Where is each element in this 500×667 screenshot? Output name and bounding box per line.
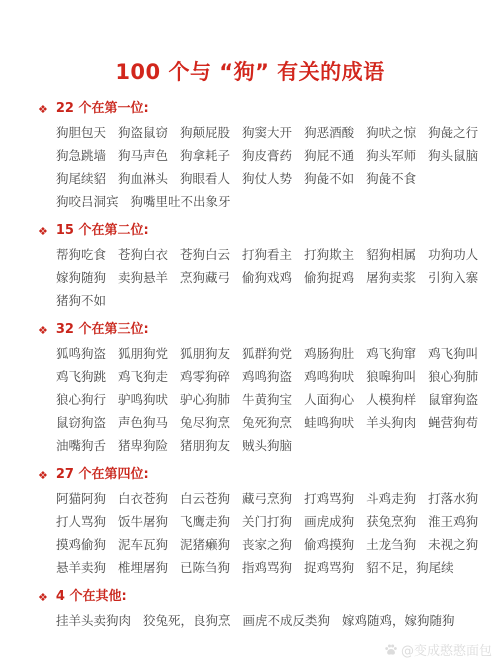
idiom: 狗皮膏药: [242, 144, 292, 167]
idiom: 狼嗥狗叫: [366, 365, 416, 388]
idiom: 斗鸡走狗: [366, 487, 416, 510]
idiom: 屠狗卖浆: [366, 266, 416, 289]
idiom: 狗胆包天: [56, 121, 106, 144]
idiom: 打鸡骂狗: [304, 487, 354, 510]
idiom-row: 狗急跳墙狗马声色狗拿耗子狗皮膏药狗屁不通狗头军师狗头鼠脑: [56, 144, 480, 167]
diamond-bullet-icon: ❖: [38, 104, 48, 115]
idiom: 鸡肠狗肚: [304, 342, 354, 365]
idiom: 飞鹰走狗: [180, 510, 230, 533]
idiom: 白衣苍狗: [118, 487, 168, 510]
idiom: 狗马声色: [118, 144, 168, 167]
idiom: 指鸡骂狗: [242, 556, 292, 579]
idiom: 打狗欺主: [304, 243, 354, 266]
idiom: 白云苍狗: [180, 487, 230, 510]
idiom: 功狗功人: [428, 243, 478, 266]
idiom: 羊头狗肉: [366, 411, 416, 434]
idiom: 狗彘之行: [428, 121, 478, 144]
idiom: 狗盗鼠窃: [118, 121, 168, 144]
idiom: 牛黄狗宝: [242, 388, 292, 411]
idiom: 苍狗白云: [180, 243, 230, 266]
section-heading-text: 27 个在第四位:: [56, 466, 149, 484]
idiom: 狼心狗肺: [428, 365, 478, 388]
idiom-row: 帮狗吃食苍狗白衣苍狗白云打狗看主打狗欺主貂狗相属功狗功人: [56, 243, 480, 266]
idiom: 狗吠之惊: [366, 121, 416, 144]
idiom: 貂狗相属: [366, 243, 416, 266]
idiom: 狼心狗行: [56, 388, 106, 411]
idiom: 打人骂狗: [56, 510, 106, 533]
idiom: 未视之狗: [428, 533, 478, 556]
idiom: 鸡零狗碎: [180, 365, 230, 388]
section-heading-text: 4 个在其他:: [56, 588, 127, 606]
idiom: 淮王鸡狗: [428, 510, 478, 533]
section-heading: ❖32 个在第三位:: [38, 321, 500, 339]
idiom: 鸡飞狗走: [118, 365, 168, 388]
section-heading: ❖15 个在第二位:: [38, 222, 500, 240]
idiom: 貂不足，狗尾续: [366, 556, 454, 579]
idiom-row: 鼠窃狗盗声色狗马兔尽狗烹兔死狗烹蛙鸣狗吠羊头狗肉蝇营狗苟: [56, 411, 480, 434]
idiom: 狗嘴里吐不出象牙: [131, 190, 231, 213]
idiom: 猪狗不如: [56, 289, 106, 312]
idiom: 驴鸣狗吠: [118, 388, 168, 411]
idiom: 土龙刍狗: [366, 533, 416, 556]
idiom: 卖狗悬羊: [118, 266, 168, 289]
idiom: 驴心狗肺: [180, 388, 230, 411]
document-page: 100 个与 “狗” 有关的成语 ❖22 个在第一位:狗胆包天狗盗鼠窃狗颠屁股狗…: [0, 0, 500, 667]
idiom: 打落水狗: [428, 487, 478, 510]
idiom: 画虎不成反类狗: [243, 609, 331, 632]
idiom: 打狗看主: [242, 243, 292, 266]
idiom: 藏弓烹狗: [242, 487, 292, 510]
idiom: 画虎成狗: [304, 510, 354, 533]
idiom: 狐群狗党: [242, 342, 292, 365]
idiom: 蛙鸣狗吠: [304, 411, 354, 434]
section-heading: ❖22 个在第一位:: [38, 100, 500, 118]
paw-icon: [384, 643, 398, 657]
idiom-row: 悬羊卖狗椎埋屠狗已陈刍狗指鸡骂狗捉鸡骂狗貂不足，狗尾续: [56, 556, 480, 579]
section-heading: ❖27 个在第四位:: [38, 466, 500, 484]
idiom: 偷狗捉鸡: [304, 266, 354, 289]
idiom-sections: ❖22 个在第一位:狗胆包天狗盗鼠窃狗颠屁股狗窦大开狗恶酒酸狗吠之惊狗彘之行狗急…: [0, 100, 500, 632]
idiom: 狗拿耗子: [180, 144, 230, 167]
idiom: 兔尽狗烹: [180, 411, 230, 434]
idiom: 狗颠屁股: [180, 121, 230, 144]
idiom: 狗屁不通: [304, 144, 354, 167]
idiom-row: 狗咬吕洞宾狗嘴里吐不出象牙: [56, 190, 480, 213]
idiom: 兔死狗烹: [242, 411, 292, 434]
idiom: 声色狗马: [118, 411, 168, 434]
idiom: 饭牛屠狗: [118, 510, 168, 533]
idiom: 烹狗藏弓: [180, 266, 230, 289]
idiom: 摸鸡偷狗: [56, 533, 106, 556]
idiom-row: 阿猫阿狗白衣苍狗白云苍狗藏弓烹狗打鸡骂狗斗鸡走狗打落水狗: [56, 487, 480, 510]
idiom: 鸡鸣狗吠: [304, 365, 354, 388]
diamond-bullet-icon: ❖: [38, 325, 48, 336]
idiom: 丧家之狗: [242, 533, 292, 556]
idiom-row: 油嘴狗舌猪卑狗险猪朋狗友贼头狗脑: [56, 434, 480, 457]
idiom: 猪朋狗友: [180, 434, 230, 457]
idiom: 鸡飞狗窜: [366, 342, 416, 365]
idiom: 狗头军师: [366, 144, 416, 167]
idiom: 鸡飞狗叫: [428, 342, 478, 365]
idiom: 狗仗人势: [242, 167, 292, 190]
idiom: 泥车瓦狗: [118, 533, 168, 556]
section-heading: ❖4 个在其他:: [38, 588, 500, 606]
idiom-row: 狼心狗行驴鸣狗吠驴心狗肺牛黄狗宝人面狗心人模狗样鼠窜狗盗: [56, 388, 480, 411]
idiom: 狗急跳墙: [56, 144, 106, 167]
idiom: 苍狗白衣: [118, 243, 168, 266]
idiom-row: 鸡飞狗跳鸡飞狗走鸡零狗碎鸡鸣狗盗鸡鸣狗吠狼嗥狗叫狼心狗肺: [56, 365, 480, 388]
page-title: 100 个与 “狗” 有关的成语: [0, 0, 500, 86]
idiom: 关门打狗: [242, 510, 292, 533]
idiom: 泥猪癞狗: [180, 533, 230, 556]
idiom: 狡兔死，良狗烹: [143, 609, 231, 632]
idiom-row: 猪狗不如: [56, 289, 480, 312]
diamond-bullet-icon: ❖: [38, 226, 48, 237]
idiom: 狗彘不如: [304, 167, 354, 190]
idiom-row: 摸鸡偷狗泥车瓦狗泥猪癞狗丧家之狗偷鸡摸狗土龙刍狗未视之狗: [56, 533, 480, 556]
diamond-bullet-icon: ❖: [38, 470, 48, 481]
idiom: 嫁鸡随鸡，嫁狗随狗: [342, 609, 455, 632]
idiom: 椎埋屠狗: [118, 556, 168, 579]
idiom: 获兔烹狗: [366, 510, 416, 533]
idiom: 狗窦大开: [242, 121, 292, 144]
idiom: 已陈刍狗: [180, 556, 230, 579]
idiom: 嫁狗随狗: [56, 266, 106, 289]
idiom: 鸡鸣狗盗: [242, 365, 292, 388]
idiom: 蝇营狗苟: [428, 411, 478, 434]
idiom: 鸡飞狗跳: [56, 365, 106, 388]
diamond-bullet-icon: ❖: [38, 592, 48, 603]
idiom: 悬羊卖狗: [56, 556, 106, 579]
idiom: 狗彘不食: [366, 167, 416, 190]
idiom: 狗眼看人: [180, 167, 230, 190]
idiom: 狐朋狗党: [118, 342, 168, 365]
section-heading-text: 32 个在第三位:: [56, 321, 149, 339]
idiom: 鼠窜狗盗: [428, 388, 478, 411]
idiom: 油嘴狗舌: [56, 434, 106, 457]
watermark-text: @变成憨憨面包: [401, 640, 492, 659]
watermark: @变成憨憨面包: [384, 640, 492, 659]
idiom-row: 狗尾续貂狗血淋头狗眼看人狗仗人势狗彘不如狗彘不食: [56, 167, 480, 190]
idiom: 捉鸡骂狗: [304, 556, 354, 579]
idiom: 偷狗戏鸡: [242, 266, 292, 289]
idiom: 狐朋狗友: [180, 342, 230, 365]
section-heading-text: 15 个在第二位:: [56, 222, 149, 240]
idiom: 狗头鼠脑: [428, 144, 478, 167]
idiom-row: 打人骂狗饭牛屠狗飞鹰走狗关门打狗画虎成狗获兔烹狗淮王鸡狗: [56, 510, 480, 533]
idiom: 挂羊头卖狗肉: [56, 609, 131, 632]
idiom: 人模狗样: [366, 388, 416, 411]
idiom-row: 狐鸣狗盗狐朋狗党狐朋狗友狐群狗党鸡肠狗肚鸡飞狗窜鸡飞狗叫: [56, 342, 480, 365]
idiom: 偷鸡摸狗: [304, 533, 354, 556]
idiom: 狗咬吕洞宾: [56, 190, 119, 213]
idiom: 猪卑狗险: [118, 434, 168, 457]
idiom-row: 挂羊头卖狗肉狡兔死，良狗烹画虎不成反类狗嫁鸡随鸡，嫁狗随狗: [56, 609, 480, 632]
idiom: 阿猫阿狗: [56, 487, 106, 510]
idiom: 鼠窃狗盗: [56, 411, 106, 434]
idiom: 人面狗心: [304, 388, 354, 411]
idiom: 狗血淋头: [118, 167, 168, 190]
idiom: 贼头狗脑: [242, 434, 292, 457]
idiom: 狐鸣狗盗: [56, 342, 106, 365]
idiom-row: 嫁狗随狗卖狗悬羊烹狗藏弓偷狗戏鸡偷狗捉鸡屠狗卖浆引狗入寨: [56, 266, 480, 289]
idiom-row: 狗胆包天狗盗鼠窃狗颠屁股狗窦大开狗恶酒酸狗吠之惊狗彘之行: [56, 121, 480, 144]
idiom: 引狗入寨: [428, 266, 478, 289]
idiom: 狗恶酒酸: [304, 121, 354, 144]
section-heading-text: 22 个在第一位:: [56, 100, 149, 118]
idiom: 帮狗吃食: [56, 243, 106, 266]
idiom: 狗尾续貂: [56, 167, 106, 190]
